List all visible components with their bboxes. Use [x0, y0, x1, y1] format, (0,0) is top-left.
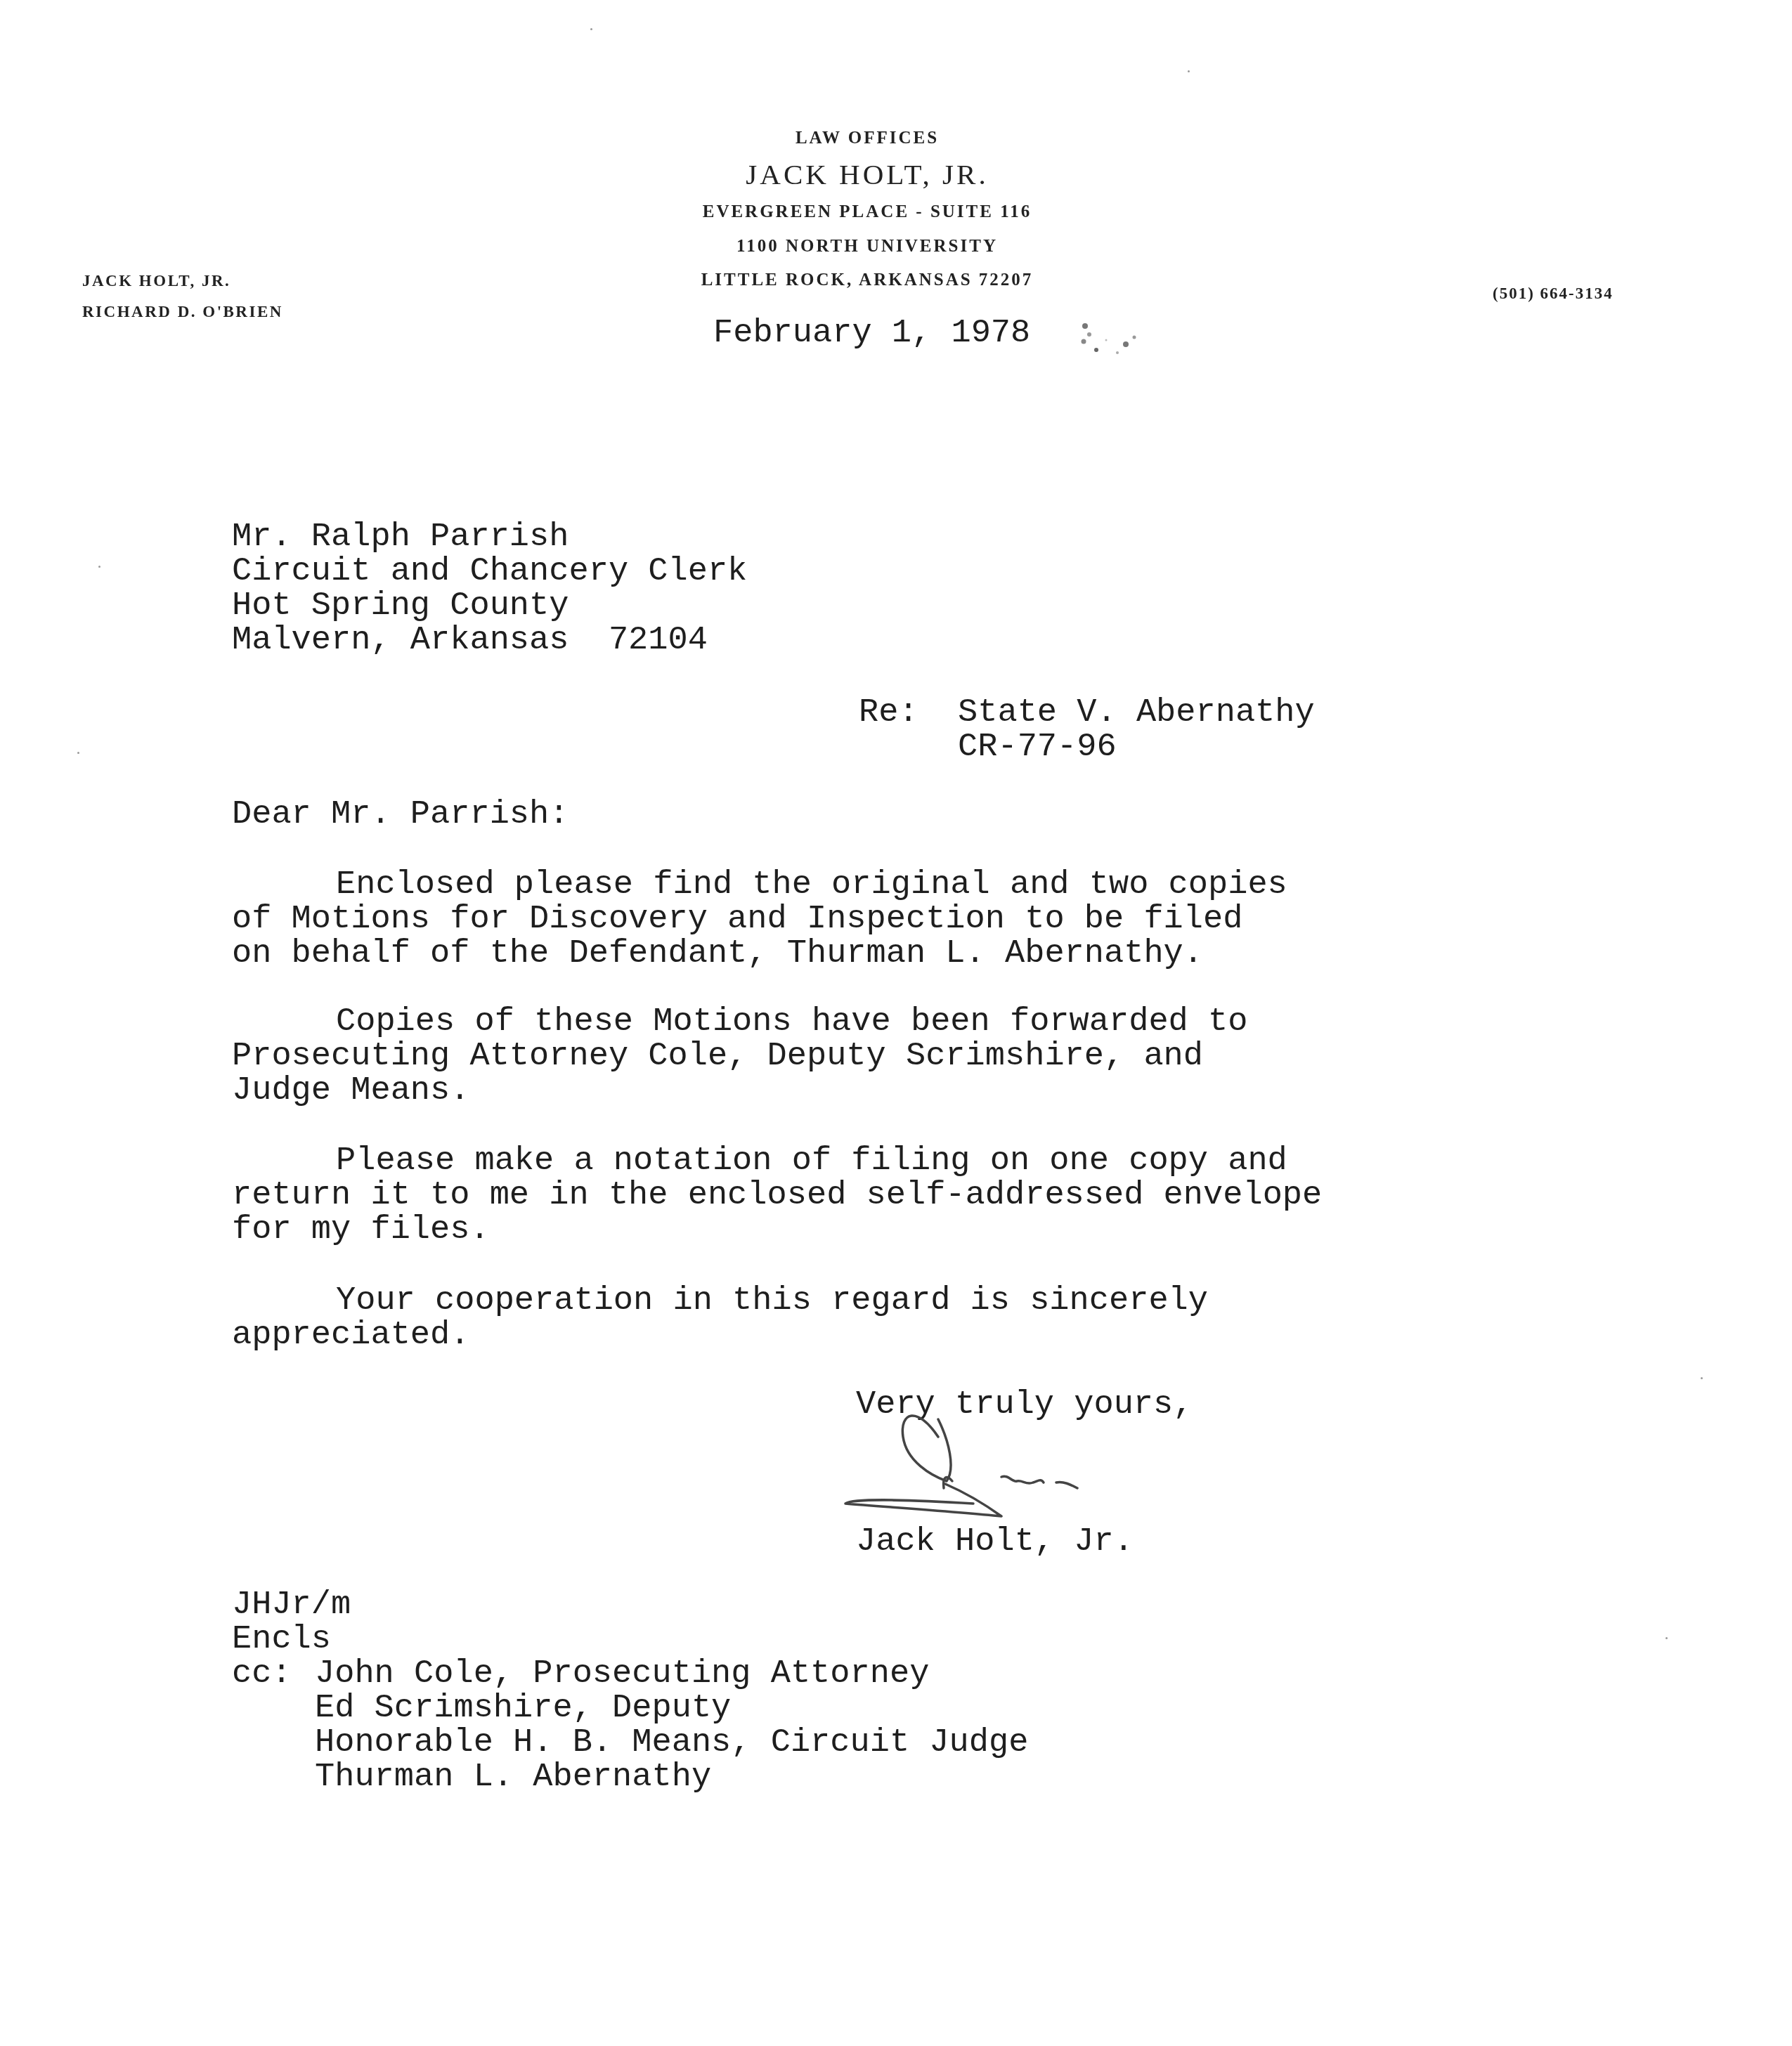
letterhead-heading: LAW OFFICES: [796, 129, 939, 148]
cc-recipient: Honorable H. B. Means, Circuit Judge: [315, 1724, 1028, 1761]
recipient-address: Mr. Ralph Parrish Circuit and Chancery C…: [232, 520, 747, 658]
paragraph-line: return it to me in the enclosed self-add…: [232, 1177, 1322, 1214]
subject-reference: Re: State V. Abernathy CR-77-96: [859, 696, 1315, 764]
paragraph-line: appreciated.: [232, 1317, 469, 1354]
cc-row: cc:John Cole, Prosecuting Attorney: [232, 1657, 1028, 1691]
body-paragraph-2: Copies of these Motions have been forwar…: [232, 1005, 1247, 1108]
recipient-line: Hot Spring County: [232, 587, 569, 625]
enclosures-note: Encls: [232, 1621, 331, 1658]
salutation: Dear Mr. Parrish:: [232, 797, 569, 832]
paragraph-line: Prosecuting Attorney Cole, Deputy Scrims…: [232, 1038, 1203, 1075]
paragraph-line: Please make a notation of filing on one …: [336, 1142, 1287, 1180]
paragraph-line: Judge Means.: [232, 1072, 469, 1109]
cc-label: cc:: [232, 1657, 315, 1691]
scan-speck: [590, 28, 592, 30]
body-paragraph-3: Please make a notation of filing on one …: [232, 1144, 1322, 1247]
paragraph-line: of Motions for Discovery and Inspection …: [232, 901, 1242, 938]
cc-row: Thurman L. Abernathy: [232, 1760, 1028, 1794]
scan-speck: [1701, 1377, 1703, 1379]
signer-name: Jack Holt, Jr.: [856, 1525, 1134, 1559]
scan-speck: [77, 752, 79, 754]
paragraph-line: Enclosed please find the original and tw…: [336, 866, 1287, 904]
cc-recipient: John Cole, Prosecuting Attorney: [315, 1655, 929, 1693]
body-paragraph-4: Your cooperation in this regard is since…: [232, 1284, 1208, 1353]
scan-speck: [98, 566, 100, 568]
cc-row: Honorable H. B. Means, Circuit Judge: [232, 1726, 1028, 1760]
letterhead-phone: (501) 664-3134: [1493, 285, 1614, 303]
recipient-line: Circuit and Chancery Clerk: [232, 553, 747, 590]
letterhead-address-line-3: LITTLE ROCK, ARKANSAS 72207: [701, 271, 1034, 290]
reference-block: JHJr/m Encls: [232, 1588, 351, 1657]
paragraph-line: for my files.: [232, 1211, 490, 1249]
letterhead-partners: JACK HOLT, JR. RICHARD D. O'BRIEN: [82, 266, 283, 327]
letter-page: LAW OFFICES JACK HOLT, JR. EVERGREEN PLA…: [0, 0, 1792, 2046]
cc-row: Ed Scrimshire, Deputy: [232, 1691, 1028, 1726]
partner-name: RICHARD D. O'BRIEN: [82, 297, 283, 327]
re-label: Re:: [859, 694, 918, 731]
cc-recipient: Thurman L. Abernathy: [315, 1759, 711, 1796]
body-paragraph-1: Enclosed please find the original and tw…: [232, 868, 1287, 971]
letterhead-firm-name: JACK HOLT, JR.: [746, 157, 988, 191]
partner-name: JACK HOLT, JR.: [82, 266, 283, 297]
letterhead-address-line-2: 1100 NORTH UNIVERSITY: [736, 237, 998, 256]
scan-speck: [1188, 70, 1190, 72]
re-case-number: CR-77-96: [958, 729, 1117, 766]
paragraph-line: Copies of these Motions have been forwar…: [336, 1003, 1247, 1041]
letter-date: February 1, 1978: [713, 316, 1030, 351]
paragraph-line: on behalf of the Defendant, Thurman L. A…: [232, 935, 1203, 972]
paragraph-line: Your cooperation in this regard is since…: [336, 1282, 1208, 1320]
reference-initials: JHJr/m: [232, 1586, 351, 1624]
ink-smudge-icon: [1075, 316, 1153, 365]
recipient-line: Mr. Ralph Parrish: [232, 519, 569, 556]
signature-icon: [833, 1398, 1128, 1525]
letterhead-address-line-1: EVERGREEN PLACE - SUITE 116: [703, 202, 1032, 222]
recipient-line: Malvern, Arkansas 72104: [232, 622, 708, 659]
re-case-title: State V. Abernathy: [958, 694, 1315, 731]
cc-recipient: Ed Scrimshire, Deputy: [315, 1690, 731, 1727]
scan-speck: [1666, 1637, 1668, 1639]
cc-list: cc:John Cole, Prosecuting AttorneyEd Scr…: [232, 1657, 1028, 1794]
